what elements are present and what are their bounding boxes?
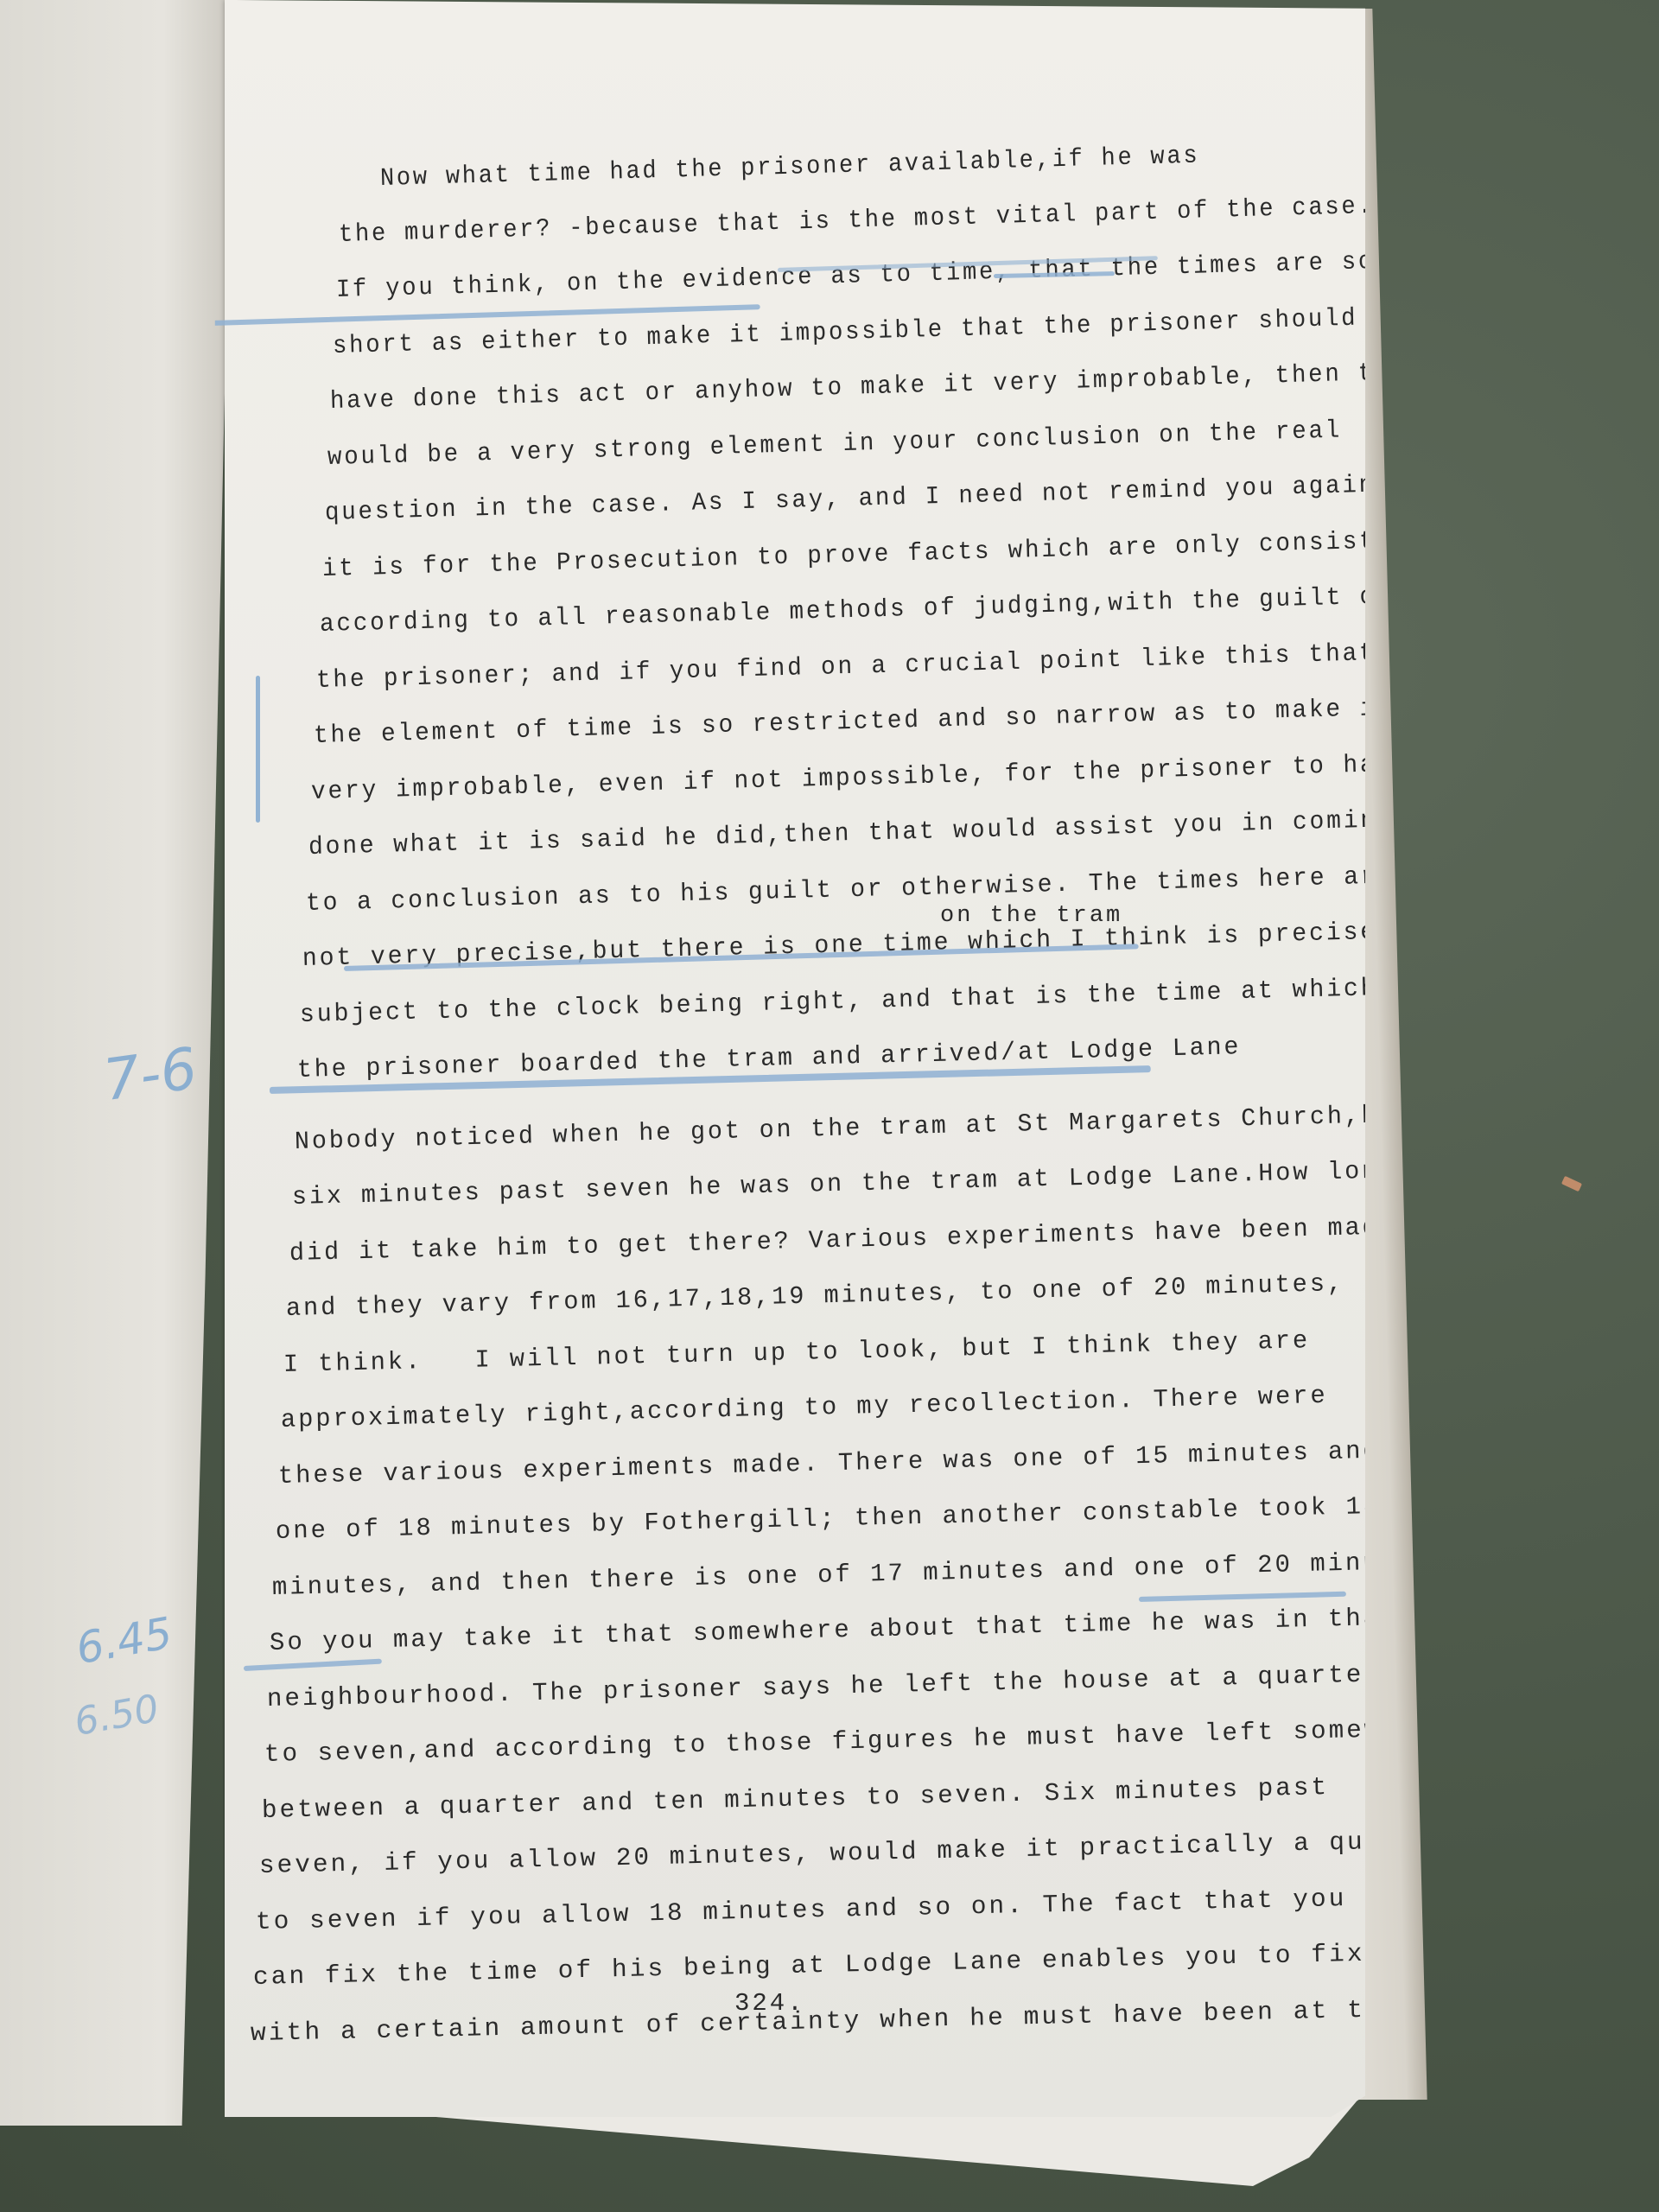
text-line: subject to the clock being right, and th…	[300, 974, 1378, 1029]
text-line: Nobody noticed when he got on the tram a…	[295, 1099, 1465, 1156]
text-line: question in the case. As I say, and I ne…	[324, 470, 1392, 527]
text-line: So you may take it that somewhere about …	[270, 1604, 1399, 1657]
text-line: Now what time had the prisoner available…	[380, 142, 1200, 193]
page-number: 324.	[734, 1989, 805, 2018]
text-line: to seven,and according to those figures …	[264, 1714, 1453, 1769]
text-line: If you think, on the evidence as to time…	[335, 247, 1375, 304]
text-line: with a certain amount of certainty when …	[251, 1995, 1402, 2048]
text-line: according to all reasonable methods of j…	[319, 582, 1393, 639]
text-line: approximately right,according to my reco…	[281, 1382, 1328, 1434]
text-line: done what it is said he did,then that wo…	[308, 805, 1395, 861]
text-line: and they vary from 16,17,18,19 minutes, …	[286, 1269, 1345, 1323]
margin-bracket	[256, 676, 260, 823]
text-line: very improbable, even if not impossible,…	[311, 749, 1412, 806]
text-line: can fix the time of his being at Lodge L…	[253, 1940, 1365, 1992]
margin-note-7-6: 7-6	[99, 1035, 200, 1114]
text-line: neighbourhood. The prisoner says he left…	[267, 1660, 1382, 1713]
text-line: did it take him to get there? Various ex…	[289, 1211, 1414, 1267]
text-line: the element of time is so restricted and…	[314, 694, 1394, 750]
debris-speck	[1561, 1176, 1582, 1192]
text-line: have done this act or anyhow to make it …	[330, 358, 1425, 416]
text-line: I think. I will not turn up to look, but…	[283, 1326, 1311, 1379]
text-line: the murderer? -because that is the most …	[338, 191, 1374, 248]
text-line: to a conclusion as to his guilt or other…	[305, 861, 1395, 918]
text-line: seven, if you allow 20 minutes, would ma…	[258, 1826, 1454, 1880]
text-line: would be a very strong element in your c…	[327, 416, 1343, 472]
text-line: it is for the Prosecution to prove facts…	[321, 525, 1426, 583]
typed-page: Now what time had the prisoner available…	[225, 0, 1365, 2117]
interlinear-insert: on the tram	[940, 903, 1122, 929]
text-line: these various experiments made. There wa…	[277, 1436, 1380, 1490]
text-line: one of 18 minutes by Fothergill; then an…	[275, 1492, 1381, 1546]
text-line: to seven if you allow 18 minutes and so …	[256, 1885, 1347, 1936]
text-line: six minutes past seven he was on the tra…	[291, 1156, 1396, 1211]
text-line: between a quarter and ten minutes to sev…	[261, 1773, 1329, 1825]
text-line: the prisoner; and if you find on a cruci…	[316, 639, 1376, 695]
